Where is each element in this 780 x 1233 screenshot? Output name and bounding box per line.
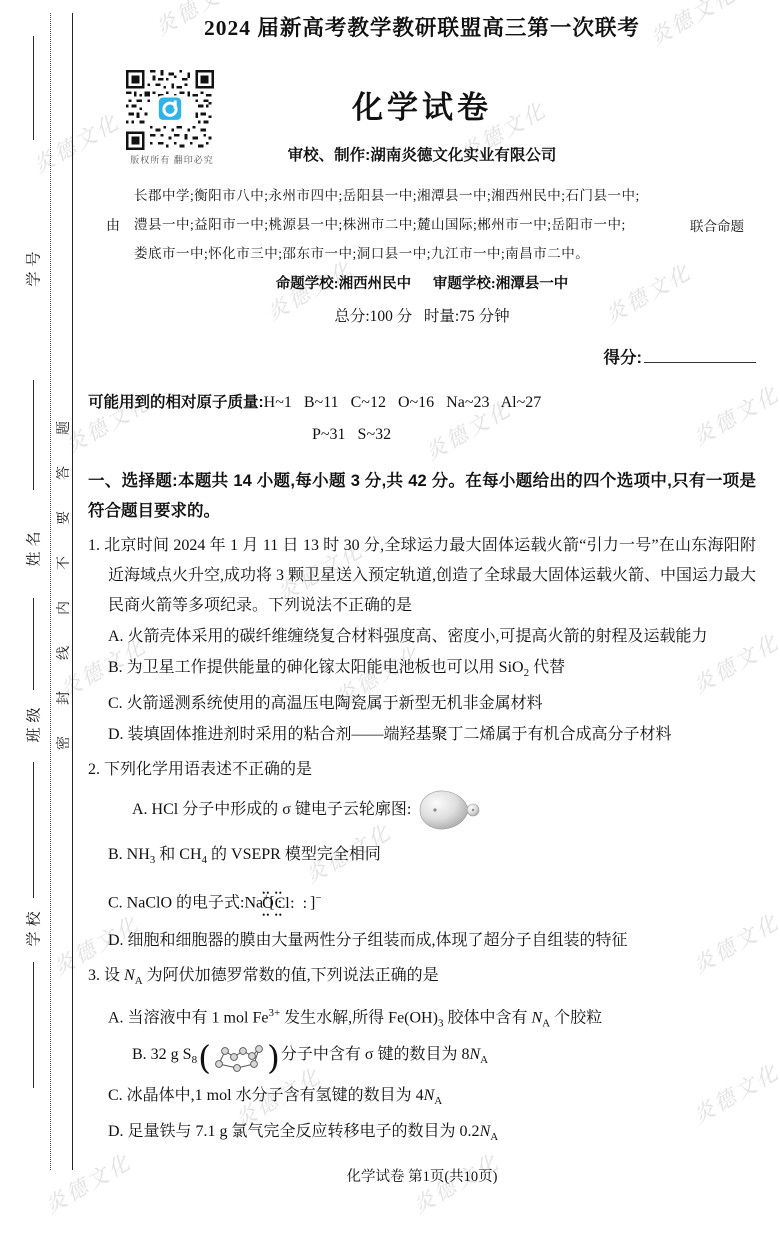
student-id-blank-line [33, 36, 34, 140]
name-label: 姓名 [23, 525, 44, 569]
q2-option-a: A. HCl 分子中形成的 σ 键电子云轮廓图: [132, 786, 756, 834]
score-blank-line [644, 343, 756, 363]
q3-option-a: A. 当溶液中有 1 mol Fe3+ 发生水解,所得 Fe(OH)3 胶体中含… [108, 998, 756, 1039]
school-line-1: 长郡中学;衡阳市八中;永州市四中;岳阳县一中;湘潭县一中;湘西州民中;石门县一中… [134, 181, 682, 210]
seal-margin: 学号 姓名 班级 学校 密封线内不要答题 [0, 0, 88, 1233]
exam-paper: 2024 届新高考教学教研联盟高三第一次联考 [88, 0, 756, 1188]
school-line-3: 娄底市一中;怀化市三中;邵东市一中;洞口县一中;九江市一中;南昌市二中。 [134, 239, 682, 268]
q1-option-b: B. 为卫星工作提供能量的砷化镓太阳能电池板也可以用 SiO2 代替 [108, 653, 756, 688]
qr-block: 版权所有 翻印必究 [126, 70, 218, 166]
section-1-heading: 一、选择题:本题共 14 小题,每小题 3 分,共 42 分。在每小题给出的四个… [88, 466, 756, 526]
content-border-line [72, 13, 73, 1170]
seal-dotted-line [50, 13, 51, 1170]
bottom-blank-line [33, 962, 34, 1088]
q2-option-c: C. NaClO 的电子式:Na+[:••O••:••Cl••:]− [108, 883, 756, 919]
qr-caption: 版权所有 翻印必究 [126, 153, 218, 166]
q1-option-d: D. 装填固体推进剂时采用的粘合剂——端羟基聚丁二烯属于有机合成高分子材料 [108, 720, 756, 750]
school-label: 学校 [23, 905, 44, 949]
q3-option-d: D. 足量铁与 7.1 g 氯气完全反应转移电子的数目为 0.2NA [108, 1117, 756, 1152]
score-label: 得分: [604, 349, 643, 367]
page-footer: 化学试卷 第1页(共10页) [88, 1166, 756, 1188]
question-3-stem: 3. 设 NA 为阿伏加德罗常数的值,下列说法正确的是 [88, 961, 756, 996]
question-1: 1. 北京时间 2024 年 1 月 11 日 13 时 30 分,全球运力最大… [88, 531, 756, 750]
total-score-duration-line: 总分:100 分 时量:75 分钟 [88, 305, 756, 329]
question-3: 3. 设 NA 为阿伏加德罗常数的值,下列说法正确的是 A. 当溶液中有 1 m… [88, 961, 756, 1152]
q3-option-b-text-post: 分子中含有 σ 键的数目为 8NA [281, 1040, 488, 1075]
q1-option-c: C. 火箭遥测系统使用的高温压电陶瓷属于新型无机非金属材料 [108, 689, 756, 719]
atomic-masses-label: 可能用到的相对原子质量: [88, 394, 264, 411]
question-1-options: A. 火箭壳体采用的碳纤维缠绕复合材料强度高、密度小,可提高火箭的射程及运载能力… [88, 622, 756, 750]
q3-paren-open: ( [198, 1041, 211, 1075]
qr-code-icon [126, 70, 214, 150]
setter-reviewer-line: 命题学校:湘西州民中 审题学校:湘潭县一中 [88, 272, 756, 296]
atomic-masses-line: 可能用到的相对原子质量:H~1 B~11 C~12 O~16 Na~23 Al~… [88, 387, 756, 419]
school-blank-line [33, 762, 34, 898]
s8-crown-ring-figure [212, 1042, 266, 1074]
joint-schools-block: 由 长郡中学;衡阳市八中;永州市四中;岳阳县一中;湘潭县一中;湘西州民中;石门县… [88, 181, 756, 268]
question-2-options: A. HCl 分子中形成的 σ 键电子云轮廓图: B. NH3 和 CH4 的 … [88, 786, 756, 956]
q2-option-a-text: A. HCl 分子中形成的 σ 键电子云轮廓图: [132, 795, 411, 825]
by-label: 由 [88, 215, 134, 235]
school-list: 长郡中学;衡阳市八中;永州市四中;岳阳县一中;湘潭县一中;湘西州民中;石门县一中… [134, 181, 682, 268]
atomic-masses-values-2: P~31 S~32 [88, 419, 756, 451]
question-2-stem: 2. 下列化学用语表述不正确的是 [88, 755, 756, 785]
question-2: 2. 下列化学用语表述不正确的是 A. HCl 分子中形成的 σ 键电子云轮廓图… [88, 755, 756, 956]
score-field: 得分: [88, 343, 756, 373]
atomic-masses-values-1: H~1 B~11 C~12 O~16 Na~23 Al~27 [264, 394, 542, 411]
question-1-stem: 1. 北京时间 2024 年 1 月 11 日 13 时 30 分,全球运力最大… [88, 531, 756, 621]
q2-option-d: D. 细胞和细胞器的膜由大量两性分子组装而成,体现了超分子自组装的特征 [108, 926, 756, 956]
joint-proposition-label: 联合命题 [682, 215, 756, 235]
school-line-2: 澧县一中;益阳市一中;桃源县一中;株洲市二中;麓山国际;郴州市一中;岳阳市一中; [134, 210, 682, 239]
q1-option-a: A. 火箭壳体采用的碳纤维缠绕复合材料强度高、密度小,可提高火箭的射程及运载能力 [108, 622, 756, 652]
q3-option-b: B. 32 g S8( )分子中含有 σ 键的数目为 8NA [132, 1039, 756, 1077]
question-3-options: A. 当溶液中有 1 mol Fe3+ 发生水解,所得 Fe(OH)3 胶体中含… [88, 998, 756, 1153]
class-blank-line [33, 598, 34, 690]
q3-option-b-text-pre: B. 32 g S8 [132, 1040, 197, 1075]
q3-option-c: C. 冰晶体中,1 mol 水分子含有氢键的数目为 4NA [108, 1081, 756, 1116]
class-label: 班级 [23, 701, 44, 745]
seal-instruction-text: 密封线内不要答题 [53, 380, 73, 760]
student-id-label: 学号 [23, 245, 44, 289]
sigma-bond-electron-cloud-figure [417, 788, 481, 832]
exam-title: 2024 届新高考教学教研联盟高三第一次联考 [88, 13, 756, 43]
q2-option-b: B. NH3 和 CH4 的 VSEPR 模型完全相同 [108, 840, 756, 875]
name-blank-line [33, 380, 34, 490]
q3-paren-close: ) [267, 1041, 280, 1075]
